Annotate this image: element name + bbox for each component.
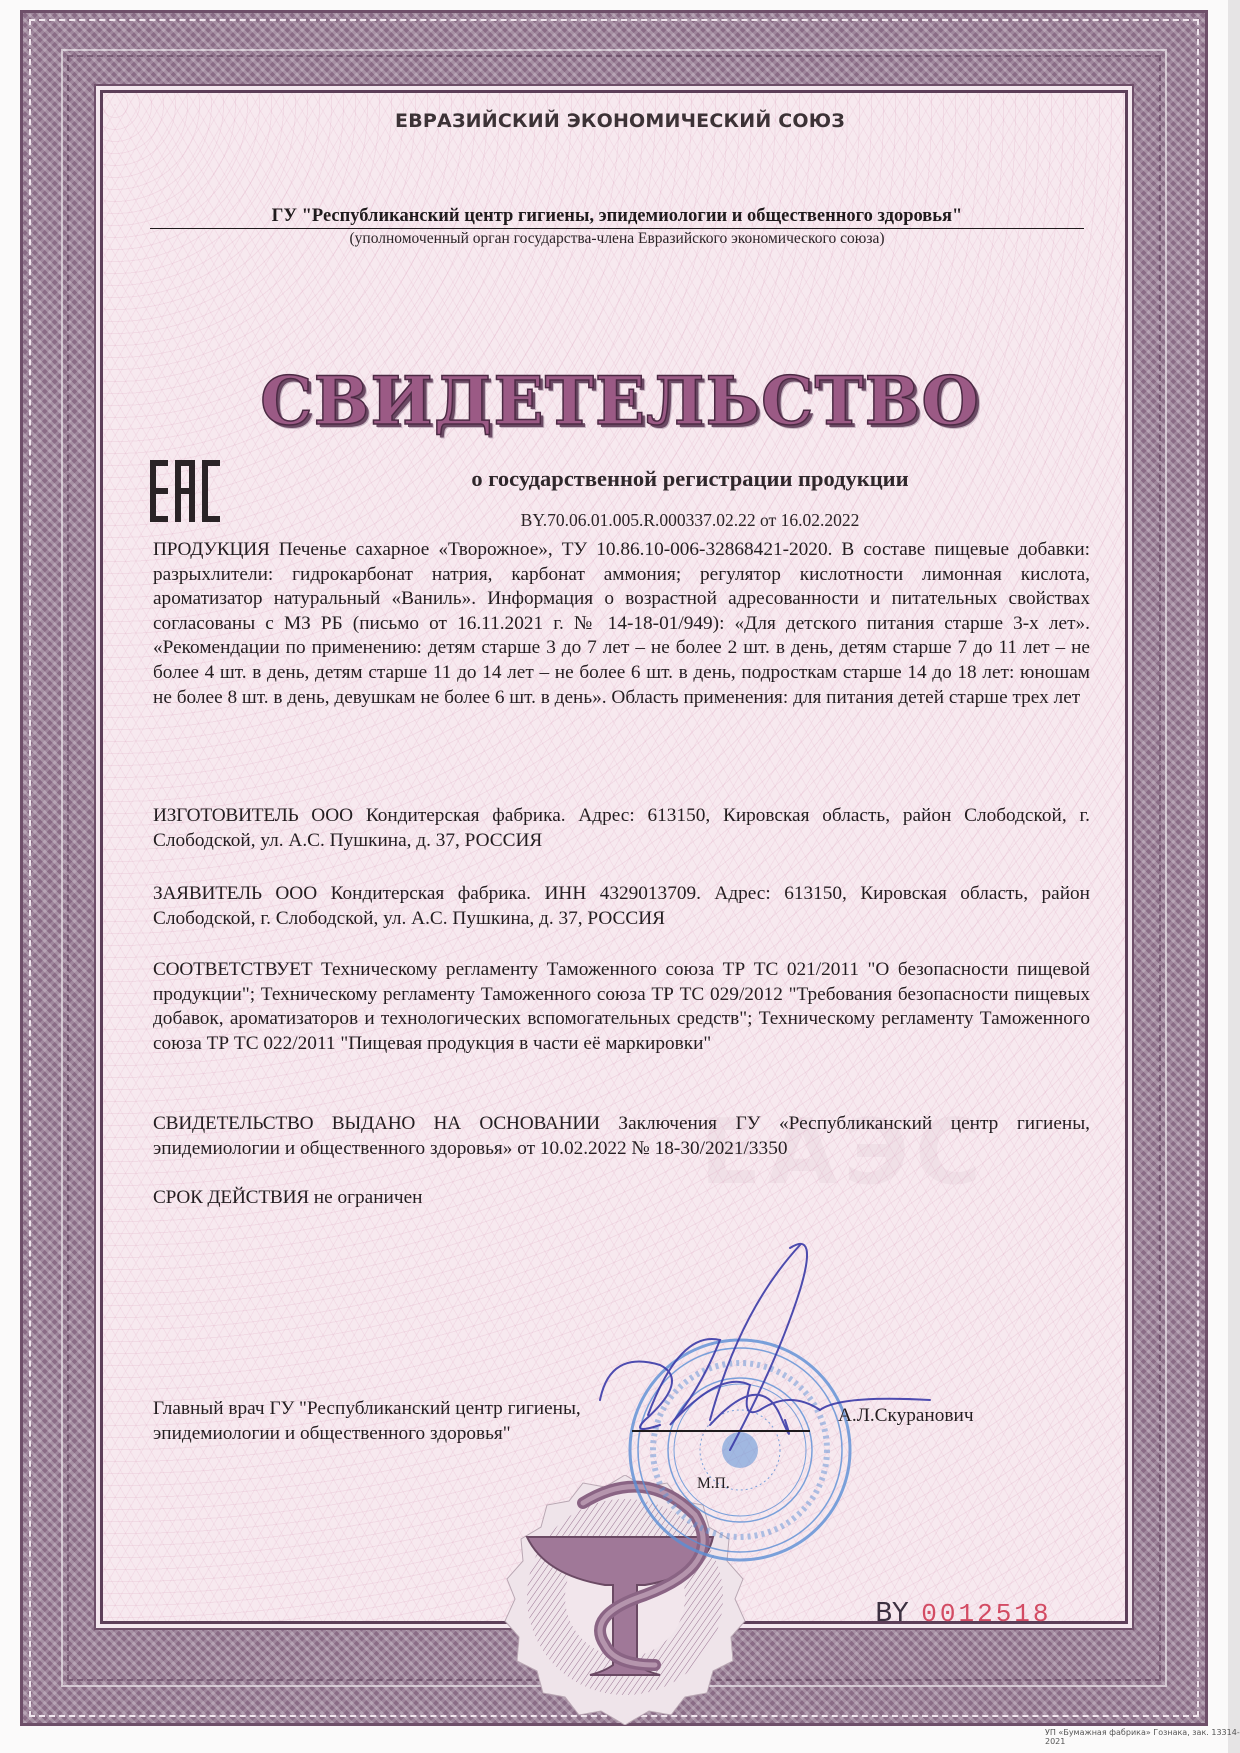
section-label: ЗАЯВИТЕЛЬ (153, 883, 262, 904)
section-label: СРОК ДЕЙСТВИЯ (153, 1187, 309, 1208)
handwritten-signature (590, 1220, 950, 1480)
section-text: не ограничен (314, 1187, 423, 1208)
section-basis: СВИДЕТЕЛЬСТВО ВЫДАНО НА ОСНОВАНИИ Заключ… (153, 1112, 1090, 1161)
eac-mark-icon (150, 460, 220, 522)
section-label: СООТВЕТСТВУЕТ (153, 959, 312, 980)
signer-name: А.Л.Скуранович (838, 1405, 974, 1427)
printer-imprint: УП «Бумажная фабрика» Гознака, зак. 1331… (1045, 1728, 1240, 1746)
section-product: ПРОДУКЦИЯ Печенье сахарное «Творожное», … (153, 538, 1090, 710)
seal-label: М.П. (697, 1475, 730, 1493)
signature-line (632, 1430, 810, 1432)
section-conforms: СООТВЕТСТВУЕТ Техническому регламенту Та… (153, 958, 1090, 1056)
section-manufacturer: ИЗГОТОВИТЕЛЬ ООО Кондитерская фабрика. А… (153, 804, 1090, 853)
signer-position: Главный врач ГУ "Республиканский центр г… (153, 1397, 593, 1446)
union-heading: ЕВРАЗИЙСКИЙ ЭКОНОМИЧЕСКИЙ СОЮЗ (0, 110, 1240, 132)
serial-digits: 0012518 (921, 1599, 1051, 1629)
document-subtitle: о государственной регистрации продукции (240, 466, 1140, 492)
section-label: ИЗГОТОВИТЕЛЬ (153, 805, 298, 826)
blank-serial-number: BY0012518 (875, 1598, 1052, 1629)
section-validity: СРОК ДЕЙСТВИЯ не ограничен (153, 1186, 1090, 1211)
section-label: ПРОДУКЦИЯ (153, 539, 270, 560)
organization-note: (уполномоченный орган государства-члена … (150, 230, 1084, 248)
page-edge (1228, 0, 1240, 1753)
registration-number: BY.70.06.01.005.R.000337.02.22 от 16.02.… (240, 510, 1140, 531)
document-title: СВИДЕТЕЛЬСТВО (0, 362, 1240, 440)
section-text: ООО Кондитерская фабрика. ИНН 4329013709… (153, 883, 1090, 929)
issuing-organization: ГУ "Республиканский центр гигиены, эпиде… (150, 206, 1084, 229)
serial-prefix: BY (875, 1598, 909, 1628)
section-applicant: ЗАЯВИТЕЛЬ ООО Кондитерская фабрика. ИНН … (153, 882, 1090, 931)
section-text: Печенье сахарное «Творожное», ТУ 10.86.1… (153, 539, 1090, 708)
section-label: СВИДЕТЕЛЬСТВО ВЫДАНО НА ОСНОВАНИИ (153, 1113, 600, 1134)
